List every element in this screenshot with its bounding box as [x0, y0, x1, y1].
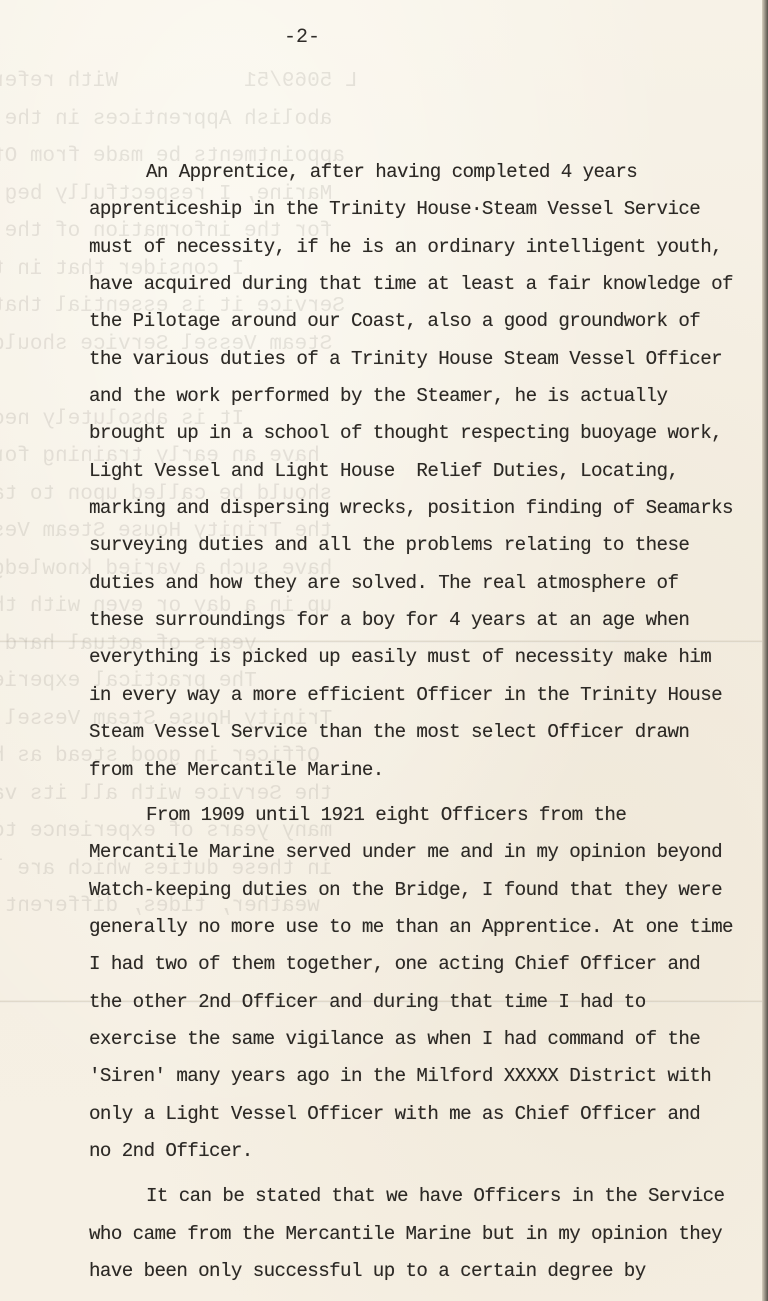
text-line: in every way a more efficient Officer in…	[89, 677, 762, 714]
paragraph: From 1909 until 1921 eight Officers from…	[89, 797, 762, 1170]
text-line: have acquired during that time at least …	[89, 266, 762, 303]
text-line: marking and dispersing wrecks, position …	[89, 490, 762, 527]
text-line: surveying duties and all the problems re…	[89, 527, 762, 564]
text-line: From 1909 until 1921 eight Officers from…	[89, 797, 762, 834]
text-line: who came from the Mercantile Marine but …	[89, 1216, 762, 1253]
text-line: from the Mercantile Marine.	[89, 752, 762, 789]
bleed-through-line: 1st December 1951.	[0, 26, 762, 64]
text-line: Mercantile Marine served under me and in…	[89, 834, 762, 871]
text-line: exercise the same vigilance as when I ha…	[89, 1021, 762, 1058]
text-line: Light Vessel and Light House Relief Duti…	[89, 453, 762, 490]
bleed-through-line: abolish Apprentices in the Steam Vessel …	[0, 101, 762, 139]
text-line: the Pilotage around our Coast, also a go…	[89, 303, 762, 340]
bleed-through-line: L 5069/51 With reference to the proposal	[0, 63, 762, 101]
text-line: the other 2nd Officer and during that ti…	[89, 984, 762, 1021]
text-line: apprenticeship in the Trinity House·Stea…	[89, 191, 762, 228]
page-edge-shadow	[762, 0, 768, 1301]
text-line: must of necessity, if he is an ordinary …	[89, 229, 762, 266]
text-line: brought up in a school of thought respec…	[89, 415, 762, 452]
text-line: generally no more use to me than an Appr…	[89, 909, 762, 946]
text-line: duties and how they are solved. The real…	[89, 565, 762, 602]
text-line: only a Light Vessel Officer with me as C…	[89, 1096, 762, 1133]
document-body: An Apprentice, after having completed 4 …	[89, 154, 762, 1290]
paragraph: It can be stated that we have Officers i…	[89, 1178, 762, 1290]
document-page: APPRENTICES.1st December 1951.L 5069/51 …	[0, 0, 762, 1301]
text-line: It can be stated that we have Officers i…	[89, 1178, 762, 1215]
text-line: An Apprentice, after having completed 4 …	[89, 154, 762, 191]
paragraph: An Apprentice, after having completed 4 …	[89, 154, 762, 789]
page-number: -2-	[284, 26, 320, 49]
text-line: no 2nd Officer.	[89, 1133, 762, 1170]
text-line: everything is picked up easily must of n…	[89, 639, 762, 676]
text-line: Watch-keeping duties on the Bridge, I fo…	[89, 872, 762, 909]
text-line: these surroundings for a boy for 4 years…	[89, 602, 762, 639]
text-line: and the work performed by the Steamer, h…	[89, 378, 762, 415]
text-line: 'Siren' many years ago in the Milford XX…	[89, 1058, 762, 1095]
text-line: the various duties of a Trinity House St…	[89, 341, 762, 378]
text-line: Steam Vessel Service than the most selec…	[89, 714, 762, 751]
text-line: I had two of them together, one acting C…	[89, 946, 762, 983]
bleed-through-line: APPRENTICES.	[0, 0, 762, 26]
text-line: have been only successful up to a certai…	[89, 1253, 762, 1290]
